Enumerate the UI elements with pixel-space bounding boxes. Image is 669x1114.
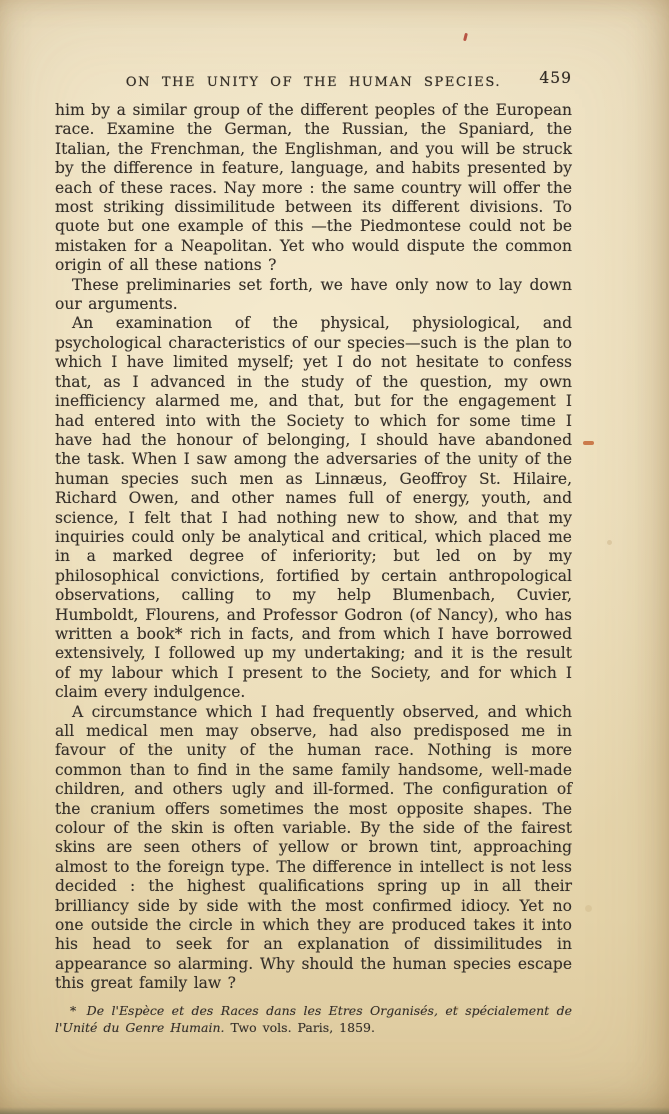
foxing-spot — [607, 540, 612, 545]
page-number: 459 — [539, 69, 572, 87]
paragraph-continuation: him by a similar group of the different … — [55, 101, 572, 276]
footnote-marker: * — [70, 1003, 79, 1018]
foxing-spot — [585, 905, 592, 912]
footnote-publication: Two vols. Paris, 1859. — [230, 1020, 374, 1035]
page-header: ON THE UNITY OF THE HUMAN SPECIES. 459 — [55, 71, 572, 90]
margin-pencil-mark — [583, 441, 594, 445]
footnote: * De l'Espèce et des Races dans les Etre… — [55, 1002, 572, 1036]
red-ink-speck — [463, 33, 468, 41]
text-block: him by a similar group of the different … — [55, 101, 572, 1036]
running-title: ON THE UNITY OF THE HUMAN SPECIES. — [126, 75, 501, 90]
paragraph: These preliminaries set forth, we have o… — [55, 276, 572, 315]
paragraph: A circumstance which I had frequently ob… — [55, 703, 572, 994]
paragraph: An examination of the physical, physiolo… — [55, 314, 572, 702]
book-page: ON THE UNITY OF THE HUMAN SPECIES. 459 h… — [0, 0, 669, 1114]
